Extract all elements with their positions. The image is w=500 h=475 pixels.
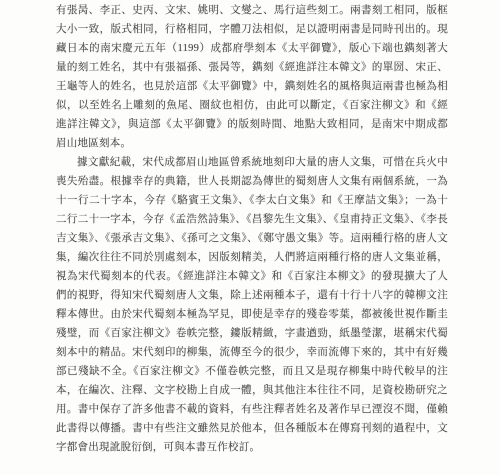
body-paragraph-2: 據文獻紀載，宋代成都眉山地區曾系統地刻印大量的唐人文集，可惜在兵火中喪失殆盡。根… [56, 153, 448, 457]
document-page: 有張昺、李正、史丙、文宋、姚明、文燮之、馬行這些刻工。兩書刻工相同，版框大小一致… [0, 0, 500, 475]
body-paragraph-1: 有張昺、李正、史丙、文宋、姚明、文燮之、馬行這些刻工。兩書刻工相同，版框大小一致… [56, 1, 448, 153]
